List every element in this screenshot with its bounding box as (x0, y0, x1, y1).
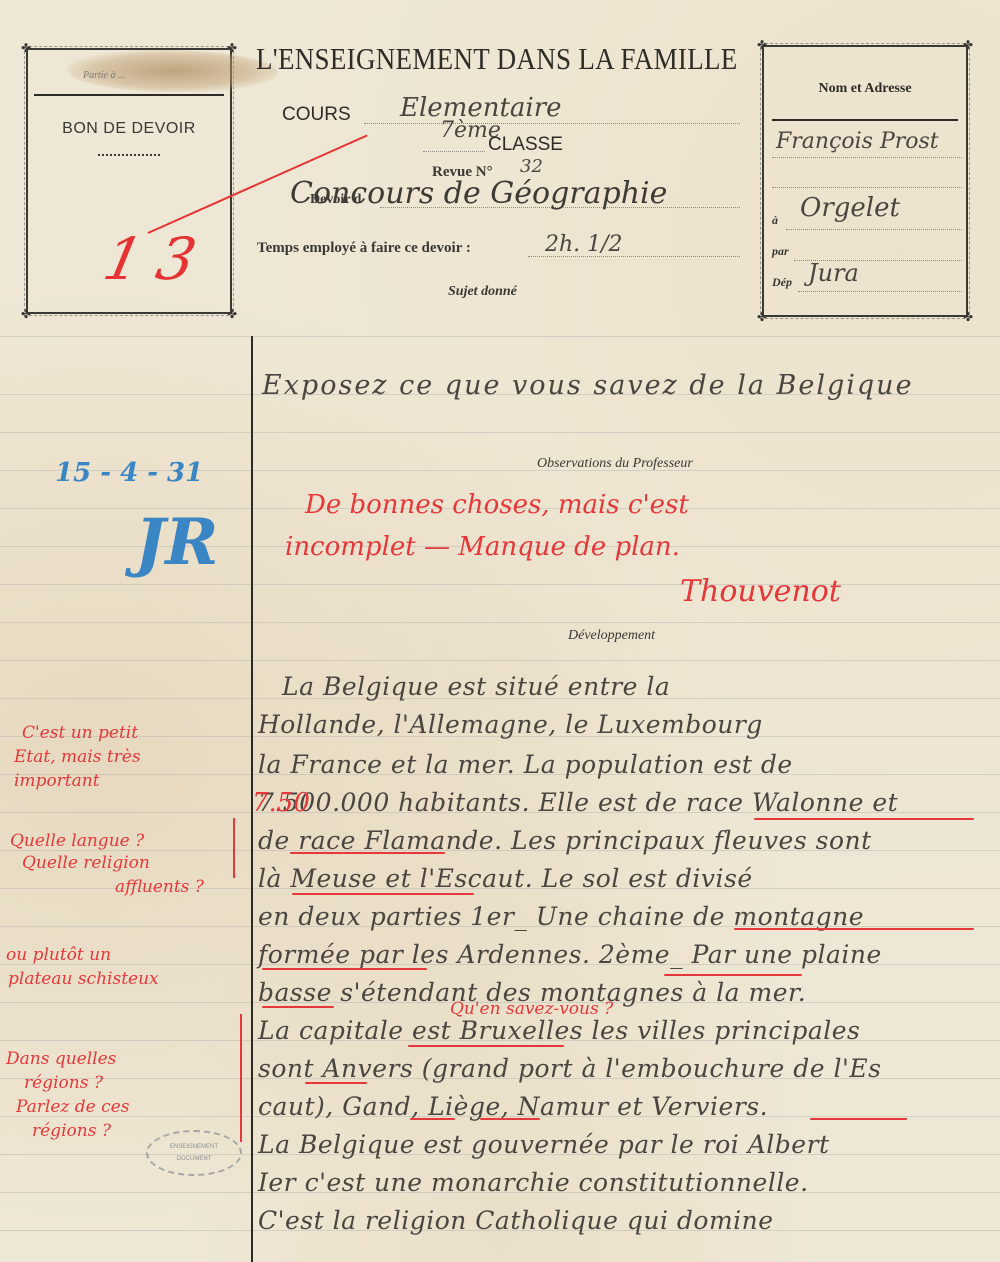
margin-note: Etat, mais très (14, 746, 141, 768)
ornament-icon: ✤ (227, 43, 237, 53)
city-line (786, 229, 962, 230)
red-underline (480, 1118, 540, 1120)
cours-label: COURS (282, 104, 351, 126)
subject-text: Exposez ce que vous savez de la Belgique (262, 370, 914, 401)
classe-line (423, 151, 485, 152)
stamp-text: ENSEIGNEMENT (148, 1141, 240, 1153)
development-heading: Développement (568, 628, 655, 644)
ornament-icon: ✤ (963, 312, 973, 322)
cours-line (364, 123, 740, 124)
divider (772, 119, 958, 121)
margin-note: Quelle langue ? (10, 830, 144, 852)
margin-note: Dans quelles (6, 1048, 116, 1070)
development-line: 7.500.000 habitants. Elle est de race Wa… (258, 788, 898, 817)
development-line: la France et la mer. La population est d… (258, 750, 793, 779)
margin-note: affluents ? (115, 876, 204, 898)
observation-line: De bonnes choses, mais c'est (305, 490, 689, 520)
student-name: François Prost (776, 129, 939, 154)
development-line: là Meuse et l'Escaut. Le sol est divisé (258, 864, 753, 893)
blue-date: 15 - 4 - 31 (55, 458, 203, 488)
margin-note: régions ? (32, 1120, 111, 1142)
development-line: Ier c'est une monarchie constitutionnell… (258, 1168, 809, 1197)
temps-label: Temps employé à faire ce devoir : (257, 240, 471, 257)
teacher-signature: Thouvenot (680, 575, 841, 609)
margin-note: Quelle religion (22, 852, 150, 874)
devoir-value: Concours de Géographie (290, 176, 667, 211)
margin-note: important (14, 770, 100, 792)
document-title: L'ENSEIGNEMENT DANS LA FAMILLE (256, 42, 738, 77)
red-bracket (233, 818, 235, 878)
red-underline (408, 1045, 564, 1047)
observation-line: incomplet — Manque de plan. (285, 532, 680, 562)
archive-stamp: ENSEIGNEMENT DOCUMENT (146, 1130, 242, 1176)
classe-value: 7ème (440, 118, 501, 143)
sujet-label: Sujet donné (448, 284, 517, 300)
dep-label: Dép (772, 275, 792, 290)
development-line: La capitale est Bruxelles les villes pri… (258, 1016, 860, 1045)
population-correction: 7.50 (252, 788, 310, 818)
ornament-icon: ✤ (21, 43, 31, 53)
red-bracket (240, 1014, 242, 1142)
ornament-icon: ✤ (21, 309, 31, 319)
ornament-icon: ✤ (757, 40, 767, 50)
stamp-text: DOCUMENT (148, 1153, 240, 1165)
development-line: C'est la religion Catholique qui domine (258, 1206, 774, 1235)
development-line: sont Anvers (grand port à l'embouchure d… (258, 1054, 881, 1083)
bon-de-devoir-title: BON DE DEVOIR (28, 120, 230, 138)
red-underline (262, 1006, 334, 1008)
temps-value: 2h. 1/2 (545, 232, 623, 257)
a-label: à (772, 213, 778, 228)
margin-note: ou plutôt un (6, 944, 111, 966)
development-line: en deux parties 1er_ Une chaine de monta… (258, 902, 864, 931)
margin-note: régions ? (24, 1072, 103, 1094)
margin-note: C'est un petit (22, 722, 138, 744)
city: Orgelet (800, 193, 900, 223)
margin-note: plateau schisteux (8, 968, 159, 990)
name-line (772, 157, 962, 158)
partie-label: Partie à ... (83, 70, 126, 81)
nom-adresse-title: Nom et Adresse (764, 81, 966, 97)
development-line: La Belgique est situé entre la (282, 672, 670, 701)
par-label: par (772, 244, 789, 259)
development-line: caut), Gand, Liège, Namur et Verviers. (258, 1092, 768, 1121)
divider (34, 94, 224, 96)
observations-heading: Observations du Professeur (537, 456, 693, 472)
red-underline (734, 928, 974, 930)
red-underline (292, 893, 474, 895)
red-underline (754, 818, 974, 820)
red-underline (305, 1082, 367, 1084)
red-underline (810, 1118, 907, 1120)
ornament-icon: ✤ (227, 309, 237, 319)
grade: 13 (98, 225, 218, 293)
development-line: La Belgique est gouvernée par le roi Alb… (258, 1130, 830, 1159)
red-underline (664, 974, 802, 976)
red-underline (262, 968, 427, 970)
development-line: Hollande, l'Allemagne, le Luxembourg (258, 710, 763, 739)
red-underline (290, 852, 445, 854)
dep-line (798, 291, 962, 292)
ornament-icon: ✤ (963, 40, 973, 50)
nom-adresse-box: ✤ ✤ ✤ ✤ Nom et Adresse François Prost à … (762, 45, 968, 317)
blue-initials: JR (135, 505, 218, 580)
divider (98, 154, 160, 156)
revue-value: 32 (520, 156, 543, 177)
development-line: formée par les Ardennes. 2ème_ Par une p… (258, 940, 882, 969)
ornament-icon: ✤ (757, 312, 767, 322)
department: Jura (808, 259, 859, 287)
address-line (772, 187, 962, 188)
development-line: de race Flamande. Les principaux fleuves… (258, 826, 872, 855)
margin-note: Parlez de ces (16, 1096, 129, 1118)
red-underline (410, 1118, 455, 1120)
